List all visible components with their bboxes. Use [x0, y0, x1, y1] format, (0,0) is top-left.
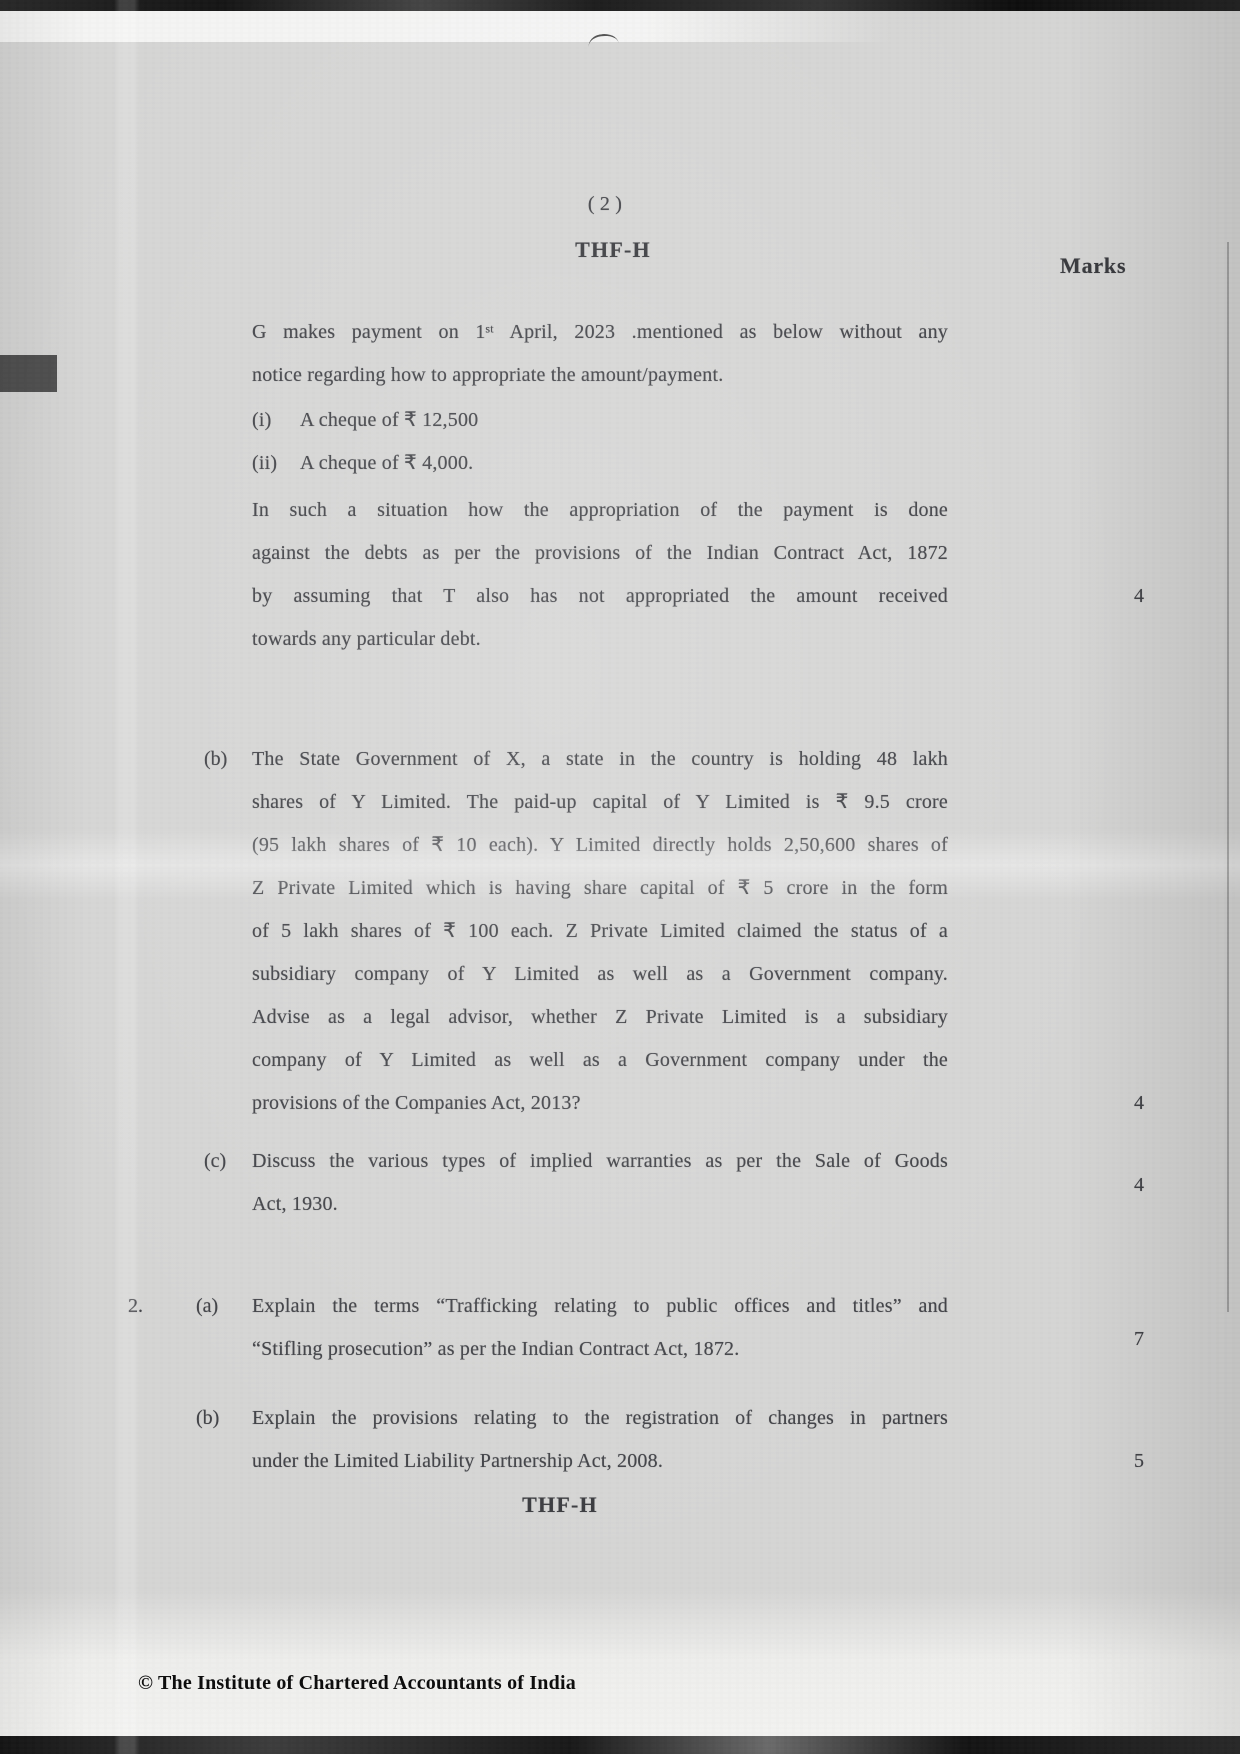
question-number: 2. [128, 1285, 143, 1328]
paper-code-footer: THF-H [460, 1483, 660, 1526]
marks-value: 7 [1118, 1318, 1160, 1361]
marks-value: 4 [1118, 1082, 1160, 1125]
list-item: (ii)A cheque of ₹ 4,000. [252, 442, 948, 485]
question-text-line: Discuss the various types of implied war… [252, 1140, 948, 1183]
scan-right-edge-line [1227, 242, 1229, 1312]
question-part-label: (a) [196, 1285, 218, 1328]
marks-value: 5 [1118, 1440, 1160, 1483]
question-part-label: (b) [196, 1397, 219, 1440]
question-text-line: against the debts as per the provisions … [252, 532, 948, 575]
question-2b-body: Explain the provisions relating to the r… [252, 1397, 948, 1483]
paper-code-header: THF-H [513, 228, 713, 271]
question-text-line: G makes payment on 1ˢᵗ April, 2023 .ment… [252, 311, 948, 354]
question-text-line: Act, 1930. [252, 1183, 948, 1226]
question-text-line: Explain the terms “Trafficking relating … [252, 1285, 948, 1328]
question-1a-intro: G makes payment on 1ˢᵗ April, 2023 .ment… [252, 311, 948, 397]
question-text-line: subsidiary company of Y Limited as well … [252, 953, 948, 996]
question-text-line: “Stifling prosecution” as per the Indian… [252, 1328, 948, 1371]
question-text-line: of 5 lakh shares of ₹ 100 each. Z Privat… [252, 910, 948, 953]
scan-bottom-light-area [0, 1590, 1240, 1737]
question-text-line: Z Private Limited which is having share … [252, 867, 948, 910]
footer-copyright: © The Institute of Chartered Accountants… [138, 1668, 576, 1698]
list-item: (i)A cheque of ₹ 12,500 [252, 399, 948, 442]
question-1a-cheque-list: (i)A cheque of ₹ 12,500 (ii)A cheque of … [252, 399, 948, 485]
list-item-label: (i) [252, 399, 300, 442]
list-item-text: A cheque of ₹ 12,500 [300, 409, 478, 431]
marks-column-header: Marks [1060, 244, 1190, 287]
question-text-line: Advise as a legal advisor, whether Z Pri… [252, 996, 948, 1039]
question-1a-body: In such a situation how the appropriatio… [252, 489, 948, 661]
question-text-line: provisions of the Companies Act, 2013? [252, 1082, 948, 1125]
scan-top-white-strip [0, 11, 1240, 42]
question-text-line: notice regarding how to appropriate the … [252, 354, 948, 397]
question-text-line: In such a situation how the appropriatio… [252, 489, 948, 532]
question-text-line: Explain the provisions relating to the r… [252, 1397, 948, 1440]
list-item-label: (ii) [252, 442, 300, 485]
question-1c-body: Discuss the various types of implied war… [252, 1140, 948, 1226]
question-text-line: (95 lakh shares of ₹ 10 each). Y Limited… [252, 824, 948, 867]
scan-top-dark-band [0, 0, 1240, 11]
question-text-line: The State Government of X, a state in th… [252, 738, 948, 781]
question-1b-body: The State Government of X, a state in th… [252, 738, 948, 1125]
scanned-exam-page: ( 2 ) THF-H Marks G makes payment on 1ˢᵗ… [0, 0, 1240, 1754]
scan-left-dark-bar [0, 355, 57, 392]
scan-bottom-dark-band [0, 1736, 1240, 1754]
question-text-line: under the Limited Liability Partnership … [252, 1440, 948, 1483]
page-number: ( 2 ) [505, 183, 705, 226]
question-text-line: shares of Y Limited. The paid-up capital… [252, 781, 948, 824]
question-2a-body: Explain the terms “Trafficking relating … [252, 1285, 948, 1371]
list-item-text: A cheque of ₹ 4,000. [300, 452, 473, 474]
question-text-line: by assuming that T also has not appropri… [252, 575, 948, 618]
question-part-label: (c) [204, 1140, 226, 1183]
question-text-line: towards any particular debt. [252, 618, 948, 661]
question-part-label: (b) [204, 738, 227, 781]
marks-value: 4 [1118, 575, 1160, 618]
marks-value: 4 [1118, 1164, 1160, 1207]
question-text-line: company of Y Limited as well as a Govern… [252, 1039, 948, 1082]
